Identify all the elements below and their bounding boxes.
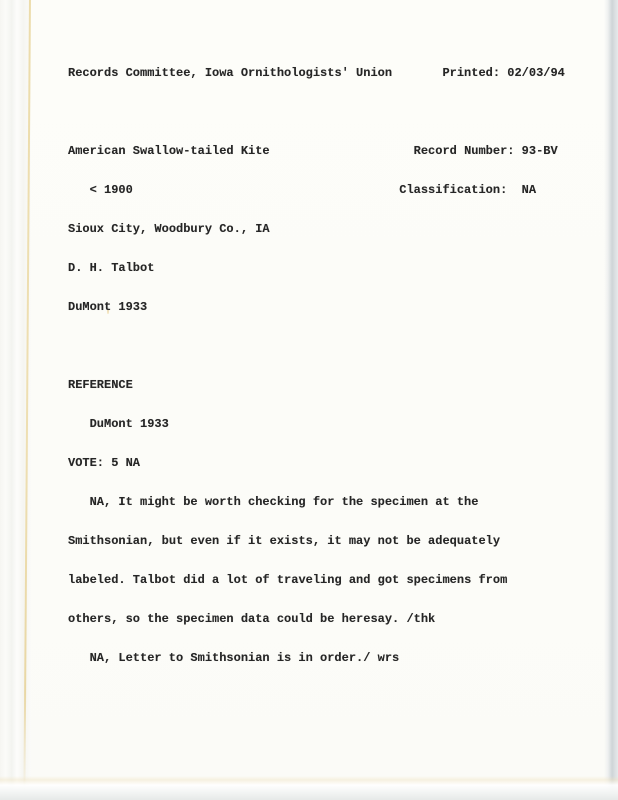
vote-comment-text: NA, It might be worth checking for the s…: [68, 495, 478, 509]
vote-comment-text: Smithsonian, but even if it exists, it m…: [68, 534, 500, 548]
typewritten-document: Records Committee, Iowa Ornithologists' …: [68, 41, 507, 691]
record-date: < 1900: [68, 183, 133, 197]
header-line: Records Committee, Iowa Ornithologists' …: [68, 67, 507, 80]
classification: Classification: NA: [399, 184, 536, 197]
vote-comment-text: NA, Letter to Smithsonian is in order./ …: [68, 651, 399, 665]
observer-name: D. H. Talbot: [68, 261, 154, 275]
source-line: DuMont 1933: [68, 301, 507, 314]
printed-date: Printed: 02/03/94: [442, 67, 564, 80]
blank-line: [68, 340, 507, 353]
reference-item: DuMont 1933: [68, 417, 169, 431]
blank-line: [68, 106, 507, 119]
vote-comment-line: others, so the specimen data could be he…: [68, 613, 507, 626]
vote-comment-text: labeled. Talbot did a lot of traveling a…: [68, 573, 507, 587]
record-source: DuMont 1933: [68, 300, 147, 314]
date-line: < 1900Classification: NA: [68, 184, 507, 197]
vote-comment-text: others, so the specimen data could be he…: [68, 612, 435, 626]
reference-item-line: DuMont 1933: [68, 418, 507, 431]
vote-comment-line: labeled. Talbot did a lot of traveling a…: [68, 574, 507, 587]
observer-line: D. H. Talbot: [68, 262, 507, 275]
vote-heading: VOTE: 5 NA: [68, 456, 140, 470]
scanner-right-edge: [604, 0, 618, 800]
vote-comment-line: NA, It might be worth checking for the s…: [68, 496, 507, 509]
scanner-bottom-edge: [0, 776, 618, 800]
committee-title: Records Committee, Iowa Ornithologists' …: [68, 66, 392, 80]
record-number: Record Number: 93-BV: [414, 145, 558, 158]
reference-heading: REFERENCE: [68, 378, 133, 392]
species-line: American Swallow-tailed KiteRecord Numbe…: [68, 145, 507, 158]
reference-heading-line: REFERENCE: [68, 379, 507, 392]
vote-comment-line: Smithsonian, but even if it exists, it m…: [68, 535, 507, 548]
scanned-document-page: Records Committee, Iowa Ornithologists' …: [0, 0, 618, 800]
vote-heading-line: VOTE: 5 NA: [68, 457, 507, 470]
vote-comment-line: NA, Letter to Smithsonian is in order./ …: [68, 652, 507, 665]
location-line: Sioux City, Woodbury Co., IA: [68, 223, 507, 236]
record-location: Sioux City, Woodbury Co., IA: [68, 222, 270, 236]
species-name: American Swallow-tailed Kite: [68, 144, 270, 158]
